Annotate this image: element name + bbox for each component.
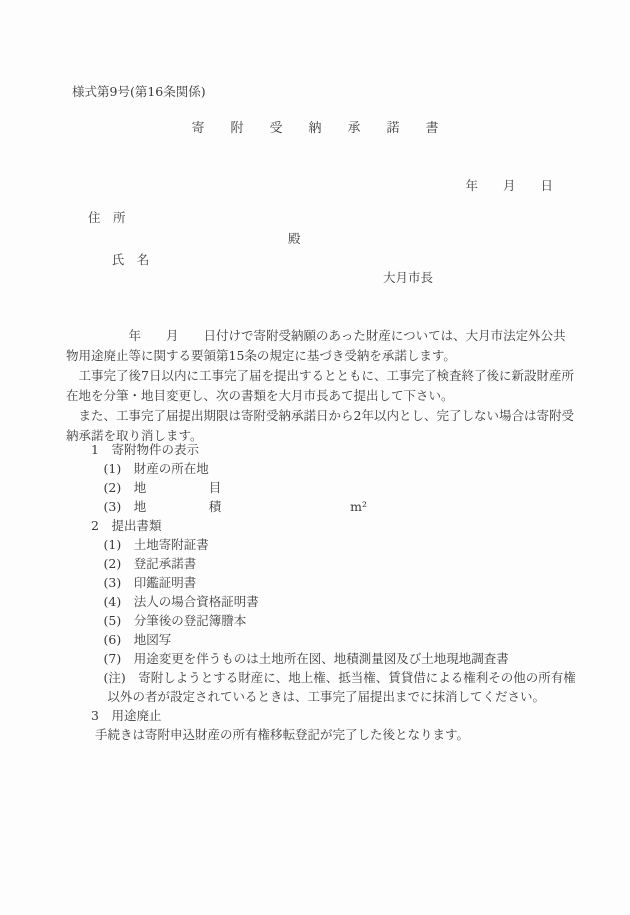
paragraph-line: 工事完了後7日以内に工事完了届を提出するとともに、工事完了検査終了後に新設財産所 bbox=[66, 366, 574, 386]
name-label: 氏 名 bbox=[112, 252, 150, 267]
list-line-note: (注) 寄附しようとする財産に、地上権、抵当権、賃貸借による権利その他の所有権 bbox=[66, 668, 576, 687]
list-line: (5) 分筆後の登記簿謄本 bbox=[66, 611, 576, 630]
addressee-block: 住 所 氏 名 殿 bbox=[88, 207, 149, 312]
list-line: (7) 用途変更を伴うものは土地所在図、地積測量図及び土地現地調査書 bbox=[66, 649, 576, 668]
date-line: 年 月 日 bbox=[465, 176, 553, 196]
list-line: (2) 登記承諾書 bbox=[66, 554, 576, 573]
paragraph-line: 物用途廃止等に関する要領第15条の規定に基づき受納を承諾します。 bbox=[66, 346, 574, 366]
list-line: (1) 土地寄附証書 bbox=[66, 535, 576, 554]
list-line-note: 以外の者が設定されているときは、工事完了届提出までに抹消してください。 bbox=[66, 687, 576, 706]
list-line-section1: 1 寄附物件の表示 bbox=[66, 440, 576, 459]
paragraph-line: また、工事完了届提出期限は寄附受納承諾日から2年以内とし、完了しない場合は寄附受 bbox=[66, 406, 574, 426]
address-label: 住 所 bbox=[88, 207, 149, 228]
list-line: (4) 法人の場合資格証明書 bbox=[66, 592, 576, 611]
body-paragraphs: 年 月 日付けで寄附受納願のあった財産については、大月市法定外公共 物用途廃止等… bbox=[66, 326, 574, 446]
list-line: (2) 地 目 bbox=[66, 478, 576, 497]
form-number: 様式第9号(第16条関係) bbox=[72, 82, 206, 102]
list-line: (3) 印鑑証明書 bbox=[66, 573, 576, 592]
document-title: 寄 附 受 納 承 諾 書 bbox=[0, 118, 630, 140]
name-line: 氏 名 殿 bbox=[88, 228, 149, 312]
honorific-label: 殿 bbox=[288, 228, 301, 249]
document-page: 様式第9号(第16条関係) 寄 附 受 納 承 諾 書 年 月 日 住 所 氏 … bbox=[0, 0, 630, 915]
list-line-section3: 3 用途廃止 bbox=[66, 706, 576, 725]
list-line: (1) 財産の所在地 bbox=[66, 459, 576, 478]
list-line: 手続きは寄附申込財産の所有権移転登記が完了した後となります。 bbox=[66, 725, 576, 744]
paragraph-line: 在地を分筆・地目変更し、次の書類を大月市長あて提出して下さい。 bbox=[66, 386, 574, 406]
sender-mayor: 大月市長 bbox=[383, 268, 433, 288]
items-list: 1 寄附物件の表示 (1) 財産の所在地 (2) 地 目 (3) 地 積 m² … bbox=[66, 440, 576, 744]
list-line-area: (3) 地 積 m² bbox=[66, 497, 576, 516]
paragraph-line: 年 月 日付けで寄附受納願のあった財産については、大月市法定外公共 bbox=[66, 326, 574, 346]
list-line-section2: 2 提出書類 bbox=[66, 516, 576, 535]
list-line: (6) 地図写 bbox=[66, 630, 576, 649]
